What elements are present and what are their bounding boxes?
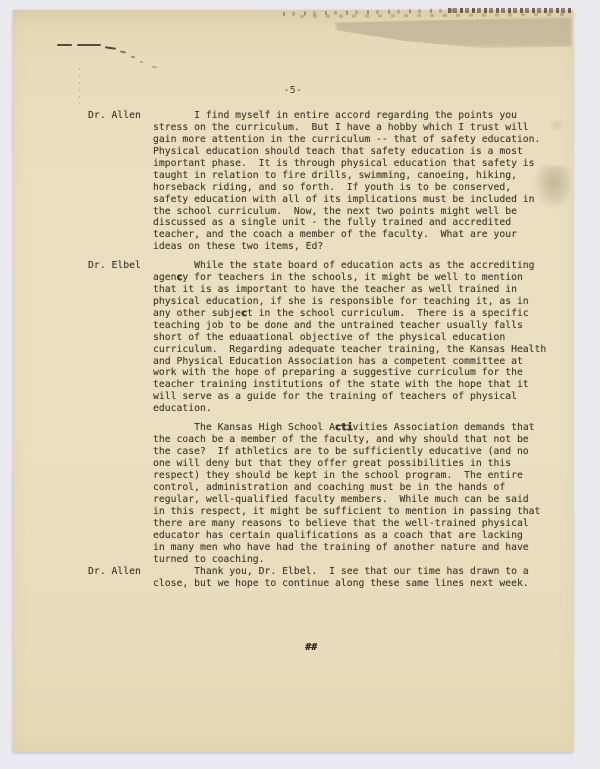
scan-speck: [548, 118, 566, 132]
pencil-dash-mark: [77, 44, 101, 46]
end-mark: ##: [305, 642, 317, 654]
page-number: -5-: [13, 85, 573, 97]
speaker-label: Dr. Allen: [88, 566, 141, 578]
transcript-entry-allen-2: Dr. Allen Thank you, Dr. Elbel. I see th…: [13, 566, 573, 590]
transcript-entry-elbel: Dr. Elbel While the state board of educa…: [13, 260, 573, 565]
pencil-scribble-smudge: [536, 166, 572, 208]
transcript-entry-allen-1: Dr. Allen I find myself in entire accord…: [13, 110, 573, 253]
faint-pencil-dotted-line: [79, 68, 80, 104]
paragraph: Thank you, Dr. Elbel. I see that our tim…: [153, 566, 559, 590]
pencil-dash-mark: [57, 44, 72, 46]
pencil-dash-mark: [140, 61, 143, 63]
speaker-label: Dr. Allen: [88, 110, 141, 122]
speaker-label: Dr. Elbel: [88, 260, 141, 272]
document-page: -5- Dr. Allen I find myself in entire ac…: [13, 10, 573, 752]
scanned-document: -5- Dr. Allen I find myself in entire ac…: [0, 0, 600, 769]
paragraph: While the state board of education acts …: [153, 260, 559, 415]
paragraph: I find myself in entire accord regarding…: [153, 110, 559, 253]
paragraph: The Kansas High School Activities Associ…: [153, 422, 559, 565]
